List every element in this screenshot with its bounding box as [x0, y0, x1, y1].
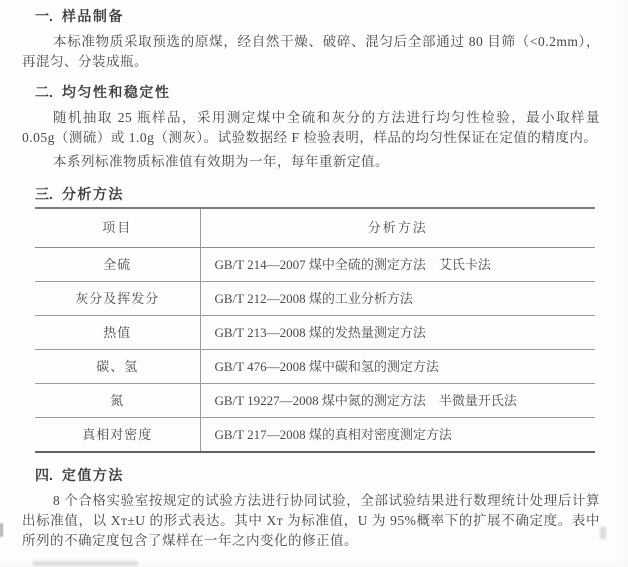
section-2-title: 均匀性和稳定性 — [62, 84, 171, 100]
row-method-text: GB/T 212—2008 煤的工业分析方法 — [200, 282, 595, 316]
table-row-calorific-value: 热值 GB/T 213—2008 煤的发热量测定方法 — [35, 316, 595, 350]
section-3-title: 分析方法 — [62, 186, 124, 202]
section-4-heading: 四.定值方法 — [35, 465, 600, 485]
section-3-number: 三. — [35, 186, 53, 202]
row-method-text: GB/T 19227—2008 煤中氮的测定方法 半微量开氏法 — [200, 384, 595, 418]
document-page: 一.样品制备 本标准物质采取预选的原煤，经自然干燥、破碎、混匀后全部通过 80 … — [0, 0, 628, 567]
section-4-title: 定值方法 — [62, 467, 124, 483]
section-4-number: 四. — [35, 467, 53, 483]
table-row-carbon-hydrogen: 碳、氢 GB/T 476—2008 煤中碳和氢的测定方法 — [35, 350, 595, 384]
table-row-ash-volatile: 灰分及挥发分 GB/T 212—2008 煤的工业分析方法 — [35, 282, 595, 316]
row-method-text: GB/T 214—2007 煤中全硫的测定方法 艾氏卡法 — [200, 248, 595, 282]
section-1-heading: 一.样品制备 — [35, 6, 600, 26]
row-item-label: 全硫 — [35, 248, 200, 282]
section-1-number: 一. — [35, 8, 53, 24]
section-1-paragraph: 本标准物质采取预选的原煤，经自然干燥、破碎、混匀后全部通过 80 目筛（<0.2… — [22, 32, 600, 72]
section-2-heading: 二.均匀性和稳定性 — [35, 82, 600, 102]
row-item-label: 热值 — [35, 316, 200, 350]
row-item-label: 真相对密度 — [35, 418, 200, 453]
row-method-text: GB/T 217—2008 煤的真相对密度测定方法 — [200, 418, 595, 453]
row-item-label: 氮 — [35, 384, 200, 418]
row-method-text: GB/T 476—2008 煤中碳和氢的测定方法 — [200, 350, 595, 384]
row-item-label: 碳、氢 — [35, 350, 200, 384]
row-item-label: 灰分及挥发分 — [35, 282, 200, 316]
analysis-methods-table: 项目 分析方法 全硫 GB/T 214—2007 煤中全硫的测定方法 艾氏卡法 … — [35, 207, 595, 453]
section-4-paragraph: 8 个合格实验室按规定的试验方法进行协同试验，全部试验结果进行数理统计处理后计算… — [22, 491, 600, 551]
table-row-total-sulfur: 全硫 GB/T 214—2007 煤中全硫的测定方法 艾氏卡法 — [35, 248, 595, 282]
section-2-paragraph-2: 本系列标准物质标准值有效期为一年，每年重新定值。 — [22, 152, 600, 172]
section-2-paragraph-1: 随机抽取 25 瓶样品，采用测定煤中全硫和灰分的方法进行均匀性检验，最小取样量 … — [22, 108, 600, 148]
table-row-nitrogen: 氮 GB/T 19227—2008 煤中氮的测定方法 半微量开氏法 — [35, 384, 595, 418]
table-row-true-relative-density: 真相对密度 GB/T 217—2008 煤的真相对密度测定方法 — [35, 418, 595, 453]
table-header-item: 项目 — [35, 208, 200, 248]
section-1-title: 样品制备 — [62, 8, 124, 24]
table-header-row: 项目 分析方法 — [35, 208, 595, 248]
scan-artifact-right-edge — [600, 527, 606, 539]
table-header-method: 分析方法 — [200, 208, 595, 248]
section-2-number: 二. — [35, 84, 53, 100]
scan-artifact-left-edge — [0, 523, 3, 537]
row-method-text: GB/T 213—2008 煤的发热量测定方法 — [200, 316, 595, 350]
scan-artifact-cutoff-text — [33, 561, 138, 566]
section-3-heading: 三.分析方法 — [35, 184, 600, 204]
